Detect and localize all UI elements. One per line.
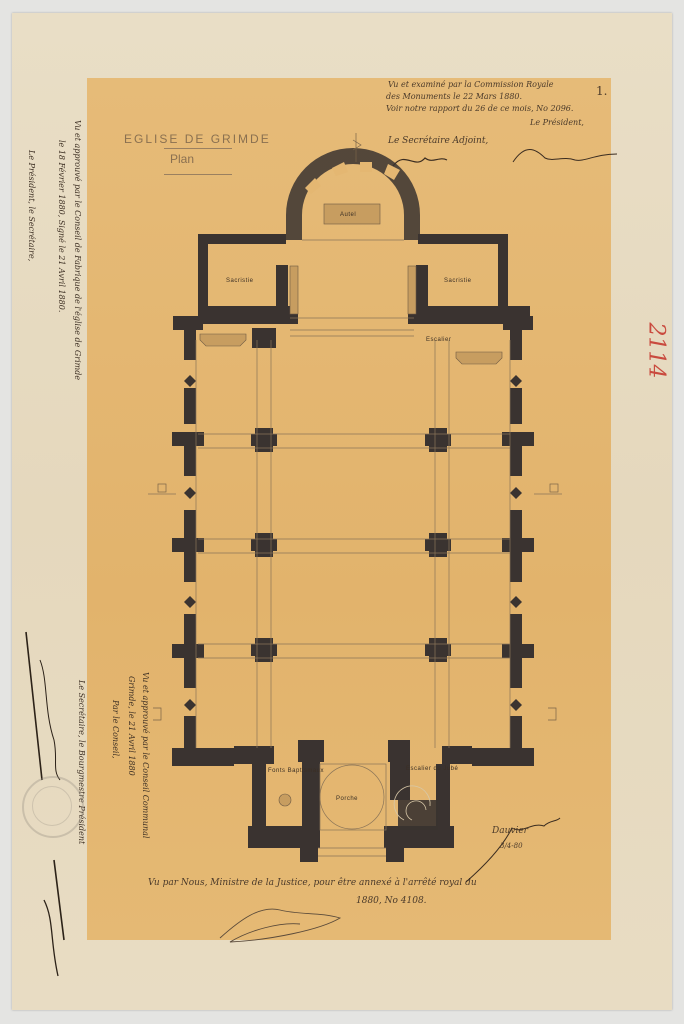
label-porch: Porche [336, 796, 358, 802]
plan-walls [172, 148, 534, 862]
label-stair: Escalier [426, 337, 451, 343]
label-font-room: Fonts Baptismaux [268, 768, 324, 774]
label-sacristy-right: Sacristie [444, 278, 472, 284]
label-sacristy-left: Sacristie [226, 278, 254, 284]
floor-plan: Autel Sacristie Sacristie Escalier Porch… [0, 0, 684, 1024]
label-apse: Autel [340, 212, 356, 218]
label-tower-stair: Escalier du Jubé [406, 766, 459, 772]
